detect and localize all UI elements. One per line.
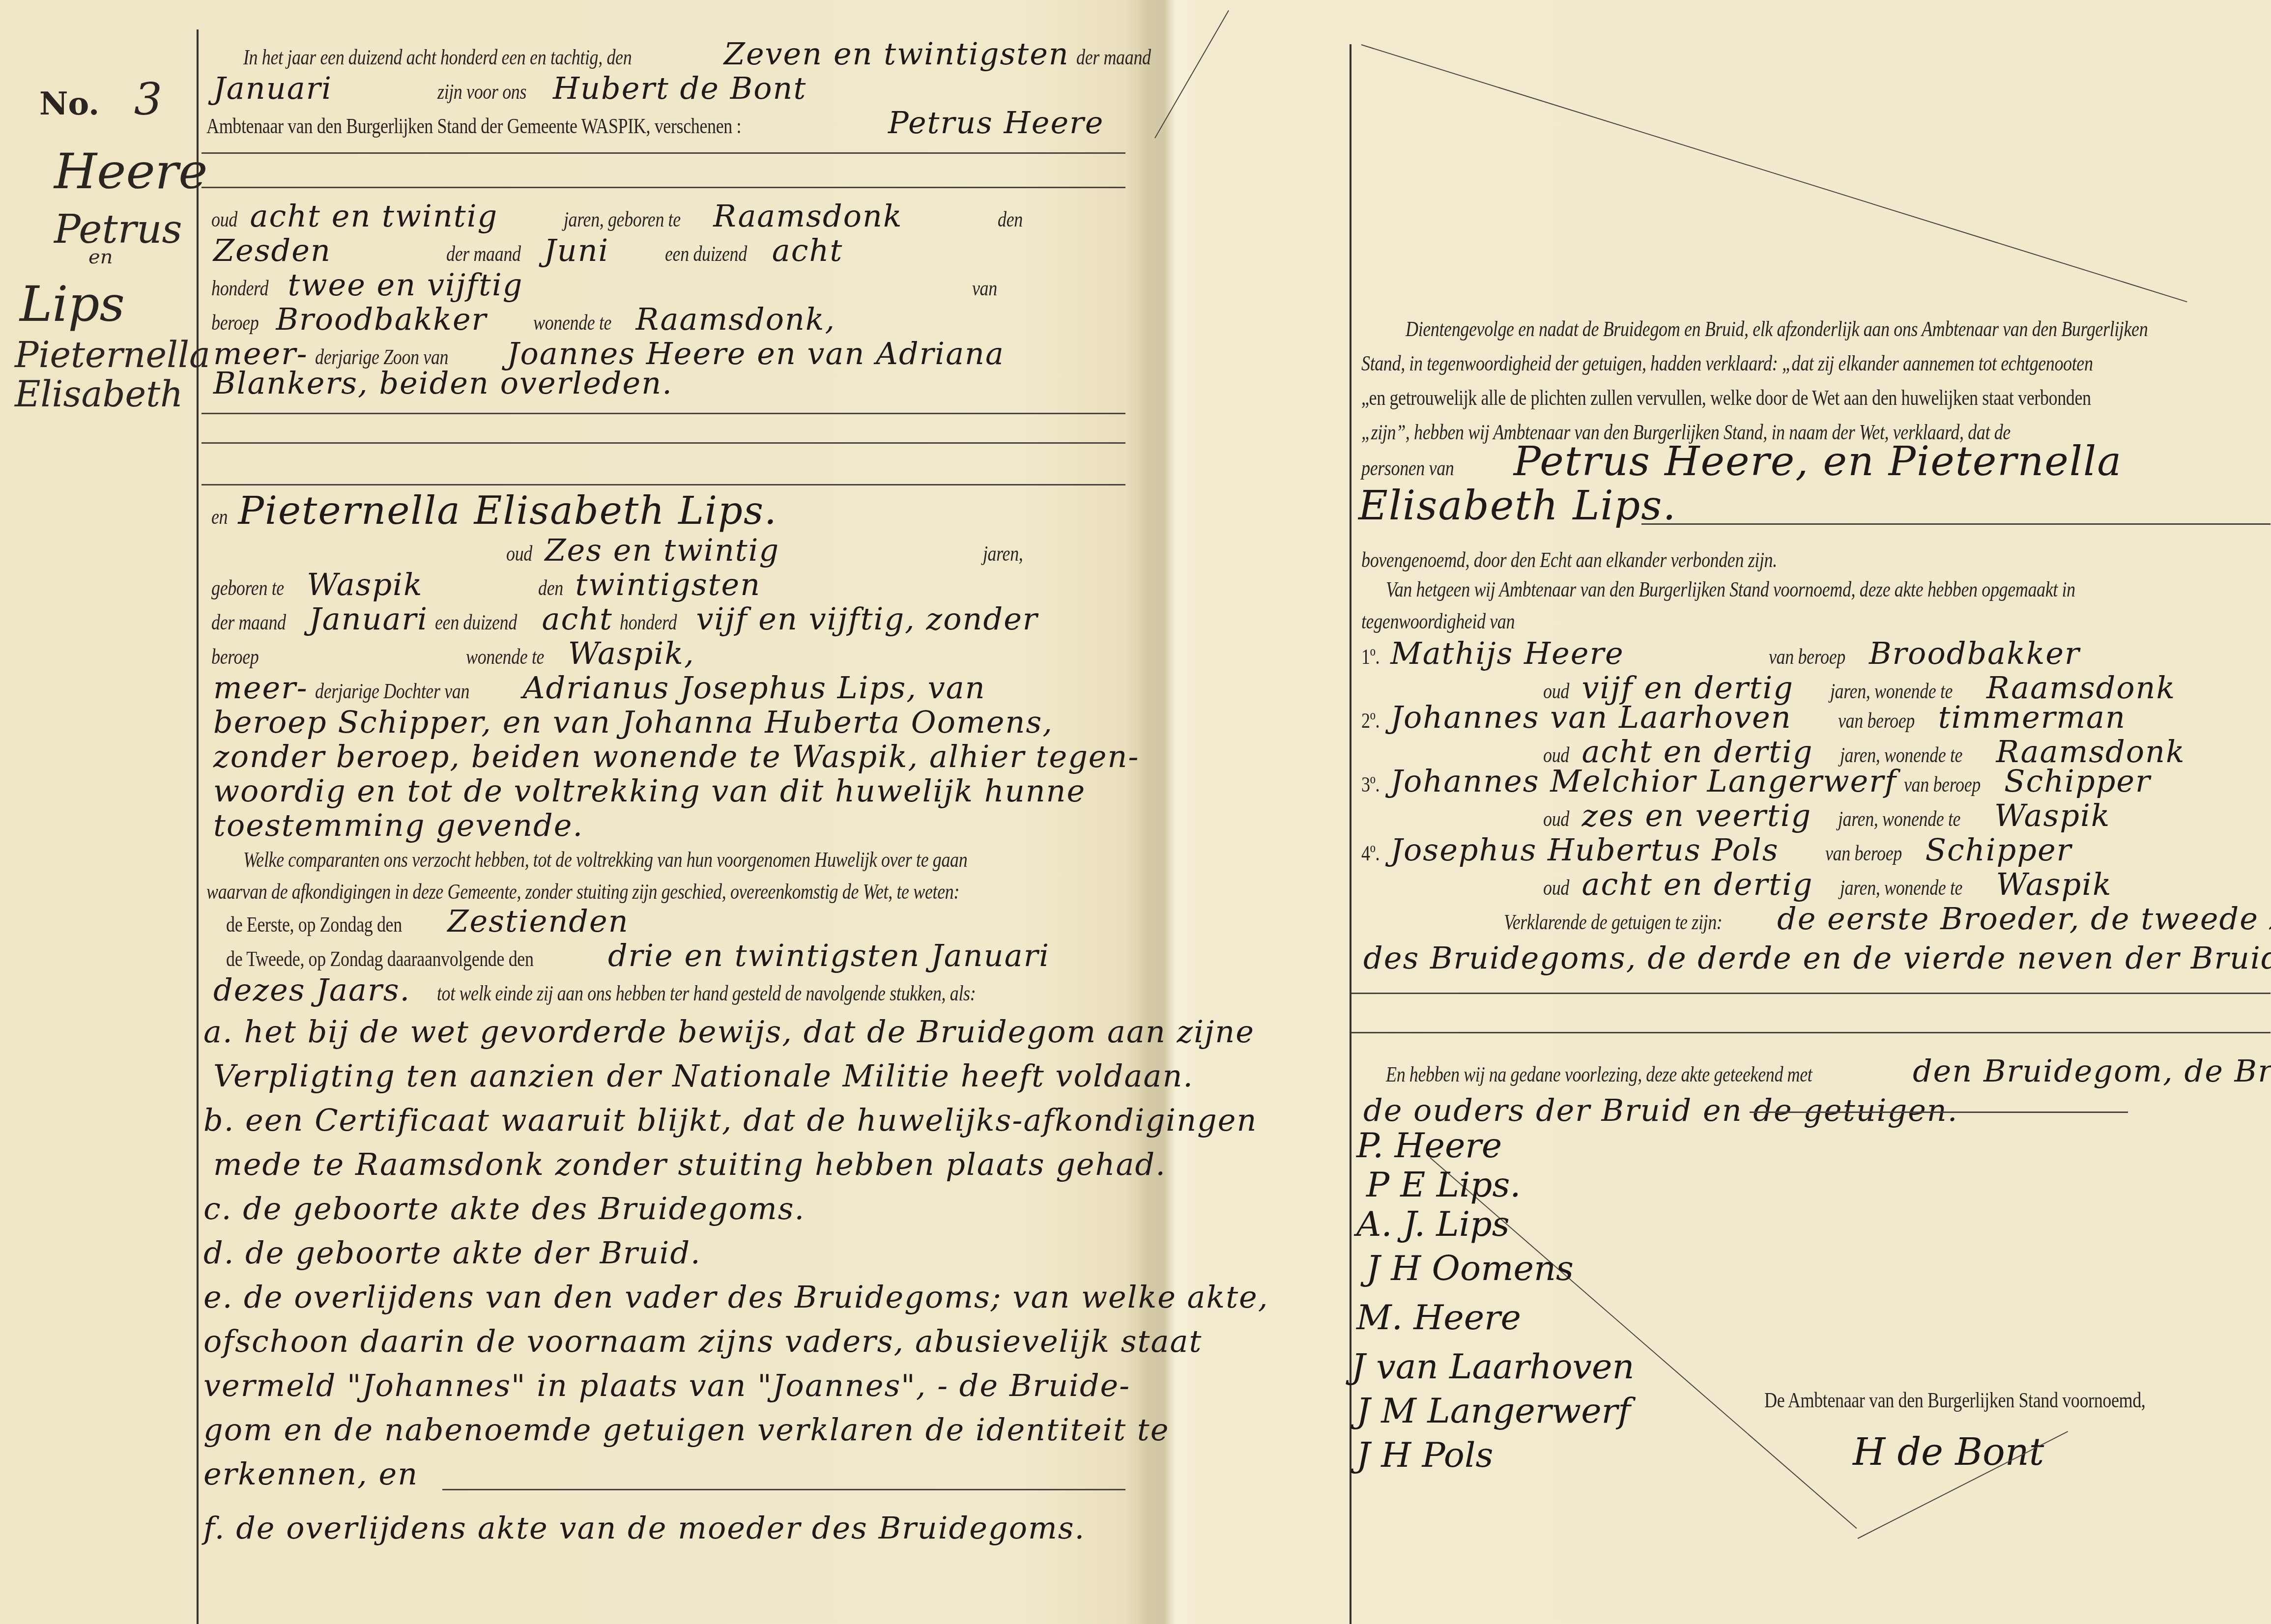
line-month-official: Januarizijn voor onsHubert de Bont — [206, 74, 813, 107]
left-page: No. 3 Heere Petrus en Lips Pieternella E… — [0, 0, 1140, 1624]
rule — [1750, 1111, 2128, 1113]
right-page: Dientengevolge en nadat de Bruidegom en … — [1199, 0, 2271, 1624]
official-signature: H de Bont — [1853, 1430, 2044, 1474]
rule — [1641, 523, 2271, 525]
witness-name: Josephus Hubertus Pols — [1390, 835, 1779, 865]
rule — [201, 484, 1125, 485]
witness-name: Johannes Melchior Langerwerf — [1390, 767, 1897, 796]
rule — [201, 442, 1125, 444]
margin-bride-given-1: Pieternella — [15, 334, 210, 375]
signing-clause: En hebben wij na gedane voorlezing, deze… — [1386, 1056, 2271, 1089]
record-number: No. 3 — [39, 74, 162, 125]
margin-groom-surname: Heere — [54, 142, 208, 200]
declaration: Verklarende de getuigen te zijn:de eerst… — [1504, 904, 2271, 937]
line-bride-age: oudZes en twintigjaren, — [506, 536, 1032, 569]
line-banns-2: waarvan de afkondigingen in deze Gemeent… — [206, 877, 1124, 907]
r-line-presence-2: tegenwoordigheid van — [1361, 607, 1549, 636]
doc-f: f. de overlijdens akte van de moeder des… — [197, 1513, 1092, 1546]
r-line-0: Dientengevolge en nadat de Bruidegom en … — [1406, 314, 2271, 344]
cancel-stroke — [1361, 44, 2187, 302]
number: 3 — [134, 74, 162, 125]
line-bride-parents-2: beroep Schipper, en van Johanna Huberta … — [206, 708, 1060, 741]
line-banns-1: Welke comparanten ons verzocht hebben, t… — [243, 845, 1126, 875]
doc-e-2: ofschoon daarin de voornaam zijns vaders… — [197, 1327, 1209, 1360]
margin-rule — [1350, 44, 1351, 1624]
signature: P. Heere — [1356, 1125, 1502, 1166]
margin-bride-given-2: Elisabeth — [15, 373, 183, 415]
r-line-presence: Van hetgeen wij Ambtenaar van den Burger… — [1386, 575, 2227, 604]
line-bride-birthdate: der maandJanuarieen duizendachthonderdvi… — [211, 604, 1045, 637]
line-bride-name: enPieternella Elisabeth Lips. — [211, 496, 784, 532]
doc-e-5: erkennen, en — [197, 1459, 425, 1492]
line-bride-occupation: beroepwonende teWaspik, — [211, 639, 702, 672]
doc-e: e. de overlijdens van den vader des Brui… — [197, 1282, 1275, 1315]
doc-a: a. het bij de wet gevorderde bewijs, dat… — [197, 1017, 1262, 1050]
rule — [201, 152, 1125, 154]
doc-e-3: vermeld "Johannes" in plaats van "Joanne… — [197, 1371, 1137, 1404]
doc-b-2: mede te Raamsdonk zonder stuiting hebben… — [206, 1150, 1173, 1183]
r-line-persons-2: Elisabeth Lips. — [1351, 491, 1683, 527]
rule — [442, 1489, 1125, 1490]
r-line-1: Stand, in tegenwoordigheid der getuigen,… — [1361, 349, 2253, 378]
witness-name: Johannes van Laarhoven — [1390, 703, 1791, 732]
line-groom-occupation: beroepBroodbakkerwonende teRaamsdonk, — [211, 305, 842, 338]
r-line-united: bovengenoemd, door den Echt aan elkander… — [1361, 545, 1868, 575]
r-line-persons: personen vanPetrus Heere, en Pieternella — [1361, 447, 2129, 483]
line-bride-parents-4: woordig en tot de voltrekking van dit hu… — [206, 776, 1092, 809]
signature: M. Heere — [1356, 1297, 1521, 1338]
doc-c: c. de geboorte akte des Bruidegoms. — [197, 1194, 812, 1227]
line-appeared: Ambtenaar van den Burgerlijken Stand der… — [206, 108, 1111, 141]
r-line-2: „en getrouwelijk alle de plichten zullen… — [1361, 383, 2251, 413]
line-bride-parents-3: zonder beroep, beiden wonende te Waspik,… — [206, 742, 1146, 775]
doc-a-2: Verpligting ten aanzien der Nationale Mi… — [206, 1061, 1201, 1094]
line-groom-age: oudacht en twintigjaren, geboren teRaams… — [211, 201, 1028, 234]
signature: J van Laarhoven — [1351, 1346, 1635, 1387]
doc-d: d. de geboorte akte der Bruid. — [197, 1238, 708, 1271]
number-label: No. — [39, 85, 99, 122]
line-bride-birthplace: geboren teWaspikdentwintigsten — [211, 570, 768, 603]
line-banns-second: de Tweede, op Zondag daaraanvolgende den… — [226, 941, 1057, 974]
rule — [201, 413, 1125, 414]
line-groom-birthyear: honderdtwee en vijftigvan — [211, 270, 1003, 303]
signature: P E Lips. — [1366, 1165, 1521, 1205]
line-bride-parents-5: toestemming gevende. — [206, 811, 590, 844]
declaration-2: des Bruidegoms, de derde en de vierde ne… — [1356, 943, 2271, 976]
signature: J M Langerwerf — [1356, 1391, 1631, 1431]
witness-name: Mathijs Heere — [1390, 639, 1624, 668]
register-spread: No. 3 Heere Petrus en Lips Pieternella E… — [0, 0, 2271, 1624]
line-date: In het jaar een duizend acht honderd een… — [243, 39, 1167, 72]
margin-conj: en — [88, 246, 113, 268]
line-groom-birthdate: Zesdender maandJunieen duizendacht — [206, 236, 850, 269]
book-gutter — [1140, 0, 1199, 1624]
official-label: De Ambtenaar van den Burgerlijken Stand … — [1764, 1386, 2229, 1415]
margin-groom-given: Petrus — [54, 206, 182, 252]
signature: A. J. Lips — [1356, 1204, 1510, 1244]
rule — [201, 187, 1125, 188]
signature: J H Oomens — [1366, 1248, 1574, 1288]
line-documents-intro: dezes Jaars.tot welk einde zij aan ons h… — [206, 975, 1094, 1008]
rule — [1351, 1032, 2271, 1033]
doc-b: b. een Certificaat waaruit blijkt, dat d… — [197, 1106, 1264, 1139]
line-bride-parents: meer-derjarige Dochter vanAdrianus Josep… — [206, 673, 993, 706]
signature: J H Pols — [1356, 1435, 1493, 1475]
rule — [1351, 993, 2271, 994]
line-groom-parents-2: Blankers, beiden overleden. — [206, 369, 680, 401]
doc-e-4: gom en de nabenoemde getuigen verklaren … — [197, 1415, 1176, 1448]
line-banns-first: de Eerste, op Zondag denZestienden — [226, 907, 636, 940]
margin-bride-surname: Lips — [20, 275, 125, 333]
